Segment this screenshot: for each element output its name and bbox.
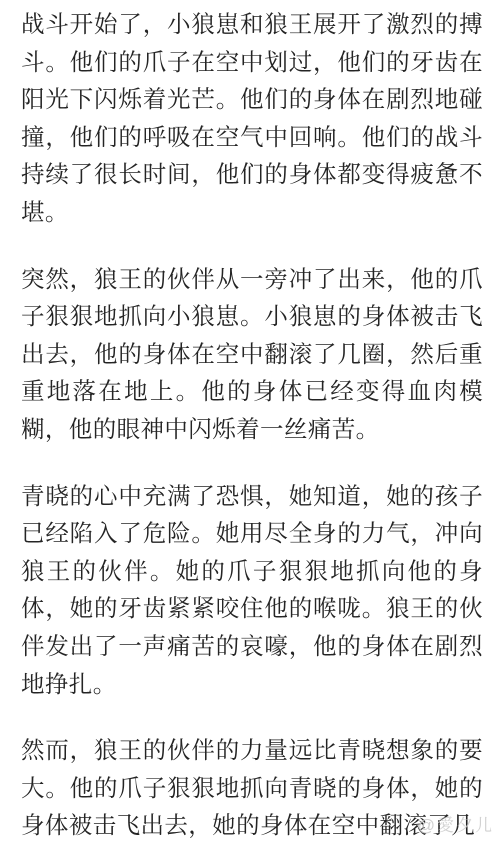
story-paragraph: 然而，狼王的伙伴的力量远比青晓想象的要大。他的爪子狠狠地抓向青晓的身体，她的身体… (21, 732, 483, 842)
story-paragraph: 战斗开始了，小狼崽和狼王展开了激烈的搏斗。他们的爪子在空中划过，他们的牙齿在阳光… (21, 6, 483, 232)
story-page: 战斗开始了，小狼崽和狼王展开了激烈的搏斗。他们的爪子在空中划过，他们的牙齿在阳光… (0, 0, 500, 842)
story-paragraph: 青晓的心中充满了恐惧，她知道，她的孩子已经陷入了危险。她用尽全身的力气，冲向狼王… (21, 478, 483, 704)
story-paragraph: 突然，狼王的伙伴从一旁冲了出来，他的爪子狠狠地抓向小狼崽。小狼崽的身体被击飞出去… (21, 261, 483, 449)
